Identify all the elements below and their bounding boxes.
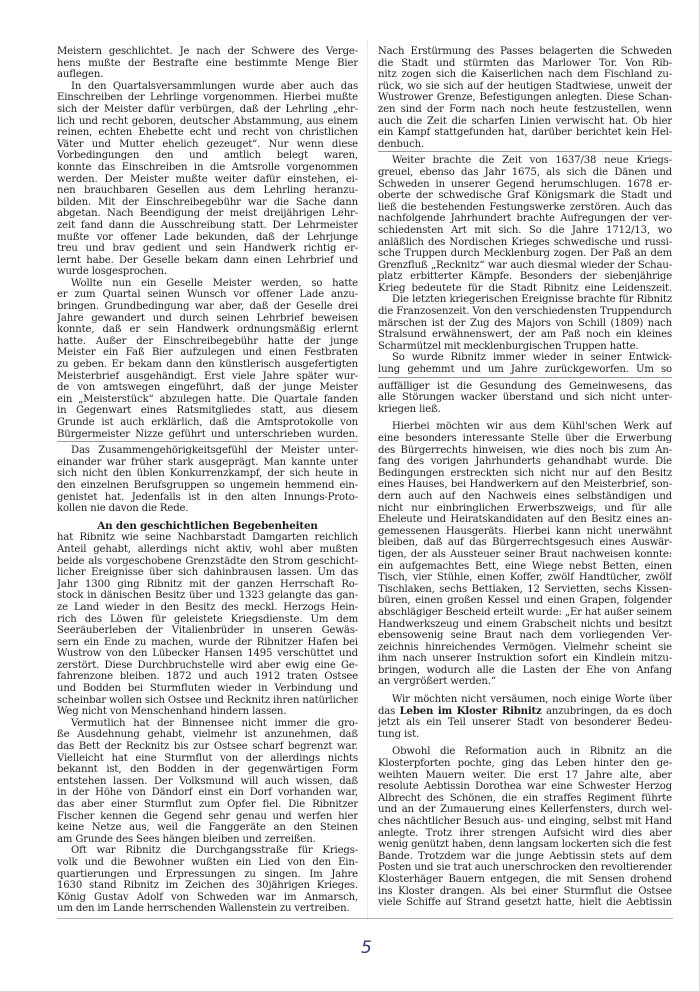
text-line: das aber einer Sturmflut zum Opfer fiel.…: [57, 799, 358, 811]
text-line: quartierungen und Erpressungen zu singen…: [57, 869, 358, 881]
text-line: ins Kloster drangen. Als bei einer Sturm…: [378, 886, 672, 898]
text-line: Stralsund erwähnenswert, der am Paß noch…: [378, 329, 672, 341]
right-column: Nach Erstürmung des Passes belagerten di…: [378, 46, 672, 909]
text-line: ches nächtlicher Besuch aus- und einging…: [378, 816, 672, 828]
text-line: hatte. Außer der Einschreibegebühr hatte…: [57, 336, 358, 348]
text-line: denbuch.: [378, 139, 672, 151]
section-heading: An den geschichtlichen Begebenheiten: [57, 521, 358, 533]
text-line: Eheleute und Heiratskandidaten auf den B…: [378, 514, 672, 526]
text-line: sich nicht den üblen Konkurrenzkampf, de…: [57, 468, 358, 480]
text-line: lung gehemmt und um Jahre zurückgeworfen…: [378, 364, 672, 376]
text-line: in Gegenwart eines Ratsmitgliedes statt,…: [57, 405, 358, 417]
text-line: nitz zogen sich die Kaiserlichen nach de…: [378, 69, 672, 81]
text-line: mußte vor offener Lade bekunden, daß der…: [57, 232, 358, 244]
text-line: in der Höhe von Dändorf einst ein Dorf v…: [57, 787, 358, 799]
left-column: Meistern geschlichtet. Je nach der Schwe…: [57, 46, 358, 915]
text-line: bleiben, daß auf das Bürgerrechtsgesuch …: [378, 537, 672, 549]
text-line: und an der Zumauerung eines Kellerfenste…: [378, 804, 672, 816]
text-line: zeichnis hinreichendes Vermögen. Vielmeh…: [378, 642, 672, 654]
clipping-edge-rule: [57, 441, 358, 442]
clipping-bottom-edge: [57, 918, 673, 919]
text-line: entstehen lassen. Der Volksmund will auc…: [57, 776, 358, 788]
text-line: ebensowenig seine Braut nach dem vorlieg…: [378, 630, 672, 642]
text-line: ein „Meisterstück“ abzulegen hatte. Die …: [57, 394, 358, 406]
text-line: Fischer kennen die Gegend sehr genau und…: [57, 811, 358, 823]
text-line: rück, wo sie sich auf der heutigen Stadt…: [378, 81, 672, 93]
text-line: Scharmützel mit mecklenburgischen Truppe…: [378, 341, 672, 353]
text-line: Meister ein Faß Bier aufzulegen und eine…: [57, 347, 358, 359]
text-line: das Bett der Recknitz bis zur Ostsee sch…: [57, 741, 358, 753]
text-line: viele Schiffe auf Strand gesetzt hatte, …: [378, 897, 672, 909]
paragraph-start-line: Die letzten kriegerischen Ereignisse bra…: [378, 294, 672, 306]
column-separator: [367, 40, 368, 920]
text-line: Einschreiben der Lehrlinge vorgenommen. …: [57, 92, 358, 104]
text-line: Jahre gewandert und durch seinen Lehrbri…: [57, 313, 358, 325]
text-line: konnte das Einschreiben in die Amtsrolle…: [57, 162, 358, 174]
text-line: hat Ribnitz wie seine Nachbarstadt Damga…: [57, 532, 358, 544]
text-line: schiedensten Art mit sich. So die Jahre …: [378, 225, 672, 237]
text-line: Albrecht des Schönen, die ein straffes R…: [378, 793, 672, 805]
text-line: ße Ausdehnung gehabt, vielmehr ist anzun…: [57, 729, 358, 741]
text-line: büren, einen großen Kessel und einen Gra…: [378, 595, 672, 607]
text-line: oberte der schwedische Graf Königsmark d…: [378, 190, 672, 202]
text-line: lich und recht geboren, deutscher Abstam…: [57, 116, 358, 128]
text-line: reinen, echten Ehebette echt und recht v…: [57, 127, 358, 139]
text-line: sern ein Ende zu machen, wurde der Ribni…: [57, 637, 358, 649]
text-line: Handwerkszeug und einem Grabscheit nicht…: [378, 619, 672, 631]
text-line: Wustrower Grenze, Befestigungen anlegten…: [378, 92, 672, 104]
text-line: auffälliger ist die Gesundung des Gemein…: [378, 381, 672, 393]
text-line: und Bodden bei Sturmfluten wieder in Ver…: [57, 683, 358, 695]
text-line: er zum Quartal seinen Wunsch vor offener…: [57, 289, 358, 301]
text-line: bekannt ist, den Bodden in der gegenwärt…: [57, 764, 358, 776]
text-line: sich der Meister dafür verbürgen, daß de…: [57, 104, 358, 116]
text-line: abgetan. Nach Beendigung der meist dreij…: [57, 208, 358, 220]
text-line: anlegte. Trotz ihrer strengen Aufsicht w…: [378, 828, 672, 840]
text-line: stock in dänischen Besitz über und 1323 …: [57, 590, 358, 602]
text-line: um den im Lande herrschenden Wallenstein…: [57, 903, 358, 915]
text-line: Grunde ist auch erklärlich, daß die Amts…: [57, 417, 358, 429]
text-line: Bürgermeister Nizze geführt und untersch…: [57, 429, 358, 441]
clipping-edge-rule: [378, 377, 672, 378]
text-line: zen sind der Form nach noch heute festzu…: [378, 104, 672, 116]
text-line: Tisch, vier Stühle, einen Koffer, zwölf …: [378, 572, 672, 584]
text-line: Klosterhäger Bauern entgegen, die mit Se…: [378, 874, 672, 886]
text-line: eine besonders interessante Stelle über …: [378, 433, 672, 445]
text-line: Wustrow von den Lübecker Hansen 1495 ver…: [57, 648, 358, 660]
text-line: alle Störungen wacker überstand und sich…: [378, 392, 672, 404]
clipping-edge-rule: [378, 151, 672, 152]
text-line: eines Hauses, bei Handwerkern auf den Me…: [378, 479, 672, 491]
text-line: zu geben. Er bekam dann den künstlerisch…: [57, 359, 358, 371]
text-line: des Bürgerrechts hinweisen, wie dies noc…: [378, 445, 672, 457]
text-line: nen brauchbaren Gesellen aus dem Lehrlin…: [57, 185, 358, 197]
text-line: Vorbedingungen den und amtlich belegt wa…: [57, 150, 358, 162]
text-line: jetzt als ein Teil unserer Stadt von bes…: [378, 717, 672, 729]
paragraph-start-line: Das Zusammengehörigkeitsgefühl der Meist…: [57, 445, 358, 457]
text-line: fahrenzone bleiben. 1872 und auch 1912 t…: [57, 671, 358, 683]
text-line: ein aufgemachtes Bett, eine Wiege nebst …: [378, 561, 672, 573]
text-line: Anteil gehabt, allerdings nicht aktiv, w…: [57, 544, 358, 556]
text-line: ein Kampf stattgefunden hat, darüber ber…: [378, 127, 672, 139]
text-line: Meistern geschlichtet. Je nach der Schwe…: [57, 46, 358, 58]
text-line: ze Land wieder in den Besitz des meckl. …: [57, 602, 358, 614]
text-line: Nach Erstürmung des Passes belagerten di…: [378, 46, 672, 58]
text-line: die Stadt und stürmten das Marlower Tor.…: [378, 58, 672, 70]
text-line: sche Truppen durch Mecklenburg zogen. De…: [378, 248, 672, 260]
text-line: auflegen.: [57, 69, 358, 81]
text-line: abschlägiger Bescheid erteilt wurde: „Er…: [378, 607, 672, 619]
text-line: weihten Mauern weiter. Die erst 17 Jahre…: [378, 770, 672, 782]
text-line: bringen. Grundbedingung war aber, daß de…: [57, 301, 358, 313]
paragraph-start-line: Oft war Ribnitz die Durchgangsstraße für…: [57, 845, 358, 857]
text-line: Vielleicht hat eine Sturmflut von der al…: [57, 753, 358, 765]
text-line: Klosterpforten pochte, ging das Leben hi…: [378, 758, 672, 770]
text-line: Tischlaken, sechs Bettlaken, 12 Serviett…: [378, 584, 672, 596]
text-line: beide als vorgeschobene Grenzstädte den …: [57, 556, 358, 568]
text-line: an vergrößert werden.“: [378, 676, 672, 688]
paragraph-start-line: Vermutlich hat der Binnensee nicht immer…: [57, 718, 358, 730]
text-line: den einzelnen Berufsgruppen so ungemein …: [57, 480, 358, 492]
text-line: treu und brav gedient und sein Handwerk …: [57, 243, 358, 255]
text-line: volk und die Bewohner wußten ein Lied vo…: [57, 857, 358, 869]
text-line: Schweden in unserer Gegend herumschlugen…: [378, 179, 672, 191]
text-line: ihm nach unserer Instruktion sofort ein …: [378, 653, 672, 665]
text-line: am Grunde des Sees hängen bleiben und ze…: [57, 834, 358, 846]
paragraph-start-line: Weiter brachte die Zeit von 1637/38 neue…: [378, 155, 672, 167]
text-line: Väter und Mutter ehelich gezeuget“. Nur …: [57, 139, 358, 151]
text-line: kollen nie davon die Rede.: [57, 503, 358, 515]
text-line-with-bold: das Leben im Kloster Ribnitz anzubringen…: [378, 706, 672, 718]
handwritten-page-number: 5: [361, 938, 372, 958]
text-line: Bedingungen erstreckten sich nicht nur a…: [378, 468, 672, 480]
text-line: keine Netze aus, weil die Fanggeräte an …: [57, 822, 358, 834]
text-line: Posten und sie trat auch unerschrocken d…: [378, 862, 672, 874]
text-line: tung ist.: [378, 729, 672, 741]
text-line: die Franzosenzeit. Von den verschiedenst…: [378, 306, 672, 318]
text-line: zerstört. Diese Durchbruchstelle wird ab…: [57, 660, 358, 672]
text-line: tigen, der als Aussteuer seiner Braut na…: [378, 549, 672, 561]
text-line: platz erbitterter Kämpfe. Besonders der …: [378, 271, 672, 283]
paragraph-start-line: Wir möchten nicht versäumen, noch einige…: [378, 694, 672, 706]
paragraph-start-line: In den Quartalsversammlungen wurde aber …: [57, 81, 358, 93]
text-line: zeit fand dann die Ausschreibung statt. …: [57, 220, 358, 232]
text-line: märschen ist der Zug des Majors von Schi…: [378, 318, 672, 330]
text-line: Seeräuberleben der Vitalienbrüder in uns…: [57, 625, 358, 637]
text-line: wenig genützt haben, denn langsam locker…: [378, 839, 672, 851]
paragraph-start-line: Hierbei möchten wir aus dem Kühl'schen W…: [378, 421, 672, 433]
text-line: Weg nicht von Menschenhand hindern lasse…: [57, 706, 358, 718]
text-line: 1630 stand Ribnitz im Zeichen des 30jähr…: [57, 880, 358, 892]
text-line: nicht nur einbringlichen Erwerbszweigs, …: [378, 503, 672, 515]
text-line: ließ die bestehenden Festungswerke zerst…: [378, 202, 672, 214]
text-line: hens mußte der Bestrafte eine bestimmte …: [57, 58, 358, 70]
text-line: lernt habe. Der Geselle bekam dann einen…: [57, 255, 358, 267]
text-line: gemessenen Hausgeräts. Hierbei kann nich…: [378, 526, 672, 538]
text-line: scheinbar wollen sich Ostsee und Recknit…: [57, 695, 358, 707]
text-line: auch die Zeit die scharfen Linien verwis…: [378, 116, 672, 128]
text-line: Meisterbrief ausgehändigt. Erst viele Ja…: [57, 371, 358, 383]
text-line: bilden. Mit der Einschreibegebühr war di…: [57, 197, 358, 209]
text-line: dern auch auf den Nachweis eines selbstä…: [378, 491, 672, 503]
text-line: Krieg bedeutete für die Stadt Ribnitz ei…: [378, 283, 672, 295]
text-line: bringen, wodurch alle die Lasten der Ehe…: [378, 665, 672, 677]
text-line: konnte, daß er sein Handwerk ordnungsmäß…: [57, 324, 358, 336]
paragraph-start-line: Obwohl die Reformation auch in Ribnitz a…: [378, 746, 672, 758]
text-line: kriegen ließ.: [378, 404, 672, 416]
text-line: anläßlich des Nordischen Krieges schwedi…: [378, 237, 672, 249]
text-line: genistet hat. Jedenfalls ist in den alte…: [57, 492, 358, 504]
text-line: nachfolgende Jahrhundert brachte Aufregu…: [378, 213, 672, 225]
text-line: greuel, ebenso das Jahr 1675, als sich d…: [378, 167, 672, 179]
text-line: wurde losgesprochen.: [57, 266, 358, 278]
paragraph-start-line: So wurde Ribnitz immer wieder in seiner …: [378, 352, 672, 364]
text-line: Grenzfluß „Recknitz“ war auch diesmal wi…: [378, 260, 672, 272]
text-line: Jahr 1300 ging Ribnitz mit der ganzen He…: [57, 579, 358, 591]
text-line: einander war früher stark ausgeprägt. Ma…: [57, 457, 358, 469]
text-line: König Gustav Adolf von Schweden war im A…: [57, 892, 358, 904]
text-line: Bande. Trotzdem war die junge Aebtissin …: [378, 851, 672, 863]
text-line: werden. Der Meister mußte weiter dafür e…: [57, 174, 358, 186]
text-line: rich des Löwen für geleistete Kriegsdien…: [57, 614, 358, 626]
paragraph-start-line: Wollte nun ein Geselle Meister werden, s…: [57, 278, 358, 290]
text-line: licher Ereignisse über sich dahinbrausen…: [57, 567, 358, 579]
text-line: resolute Aebtissin Dorothea war eine Sch…: [378, 781, 672, 793]
text-line: de von amtswegen eingeführt, daß der jun…: [57, 382, 358, 394]
text-line: fang des vorigen Jahrhunderts gehandhabt…: [378, 456, 672, 468]
bold-phrase: Leben im Kloster Ribnitz: [400, 706, 542, 717]
